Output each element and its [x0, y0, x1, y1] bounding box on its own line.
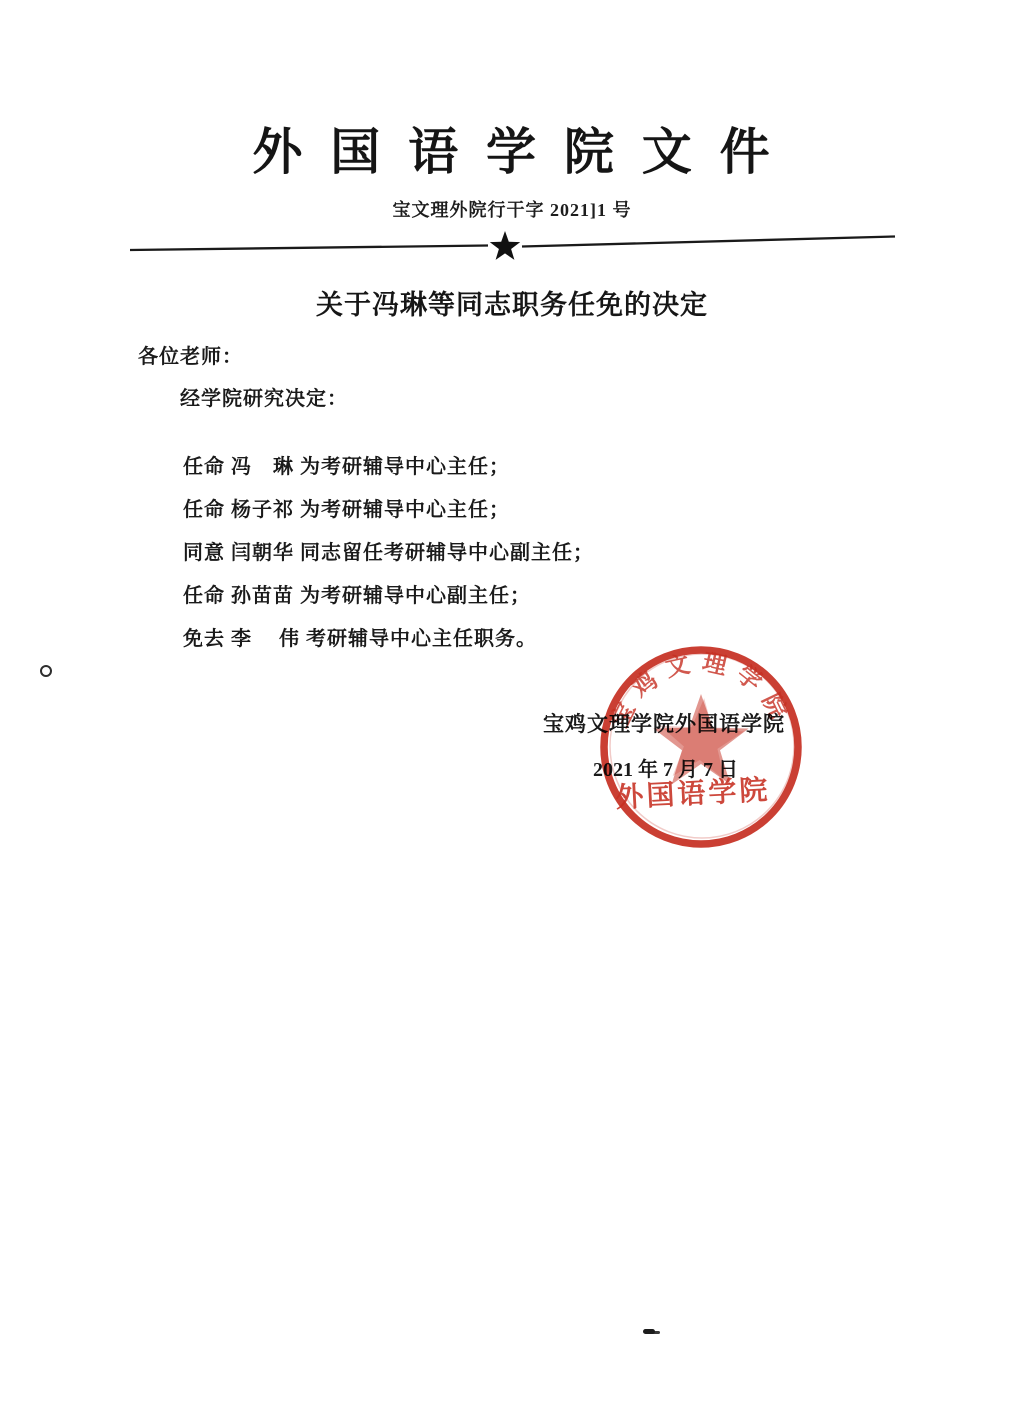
decision-list: 任命 冯 琳 为考研辅导中心主任； 任命 杨子祁 为考研辅导中心主任； 同意 闫…	[183, 452, 833, 667]
official-seal-stamp: 宝鸡文理学院 外国语学院	[597, 643, 805, 851]
decision-item: 任命 杨子祁 为考研辅导中心主任；	[183, 495, 833, 538]
document-number: 宝文理外院行干字 2021]1 号	[0, 196, 1024, 222]
seal-ring	[604, 650, 798, 844]
star-divider-rule	[125, 226, 900, 272]
subject-title: 关于冯琳等同志职务任免的决定	[0, 283, 1024, 322]
document-page: 外 国 语 学 院 文 件 宝文理外院行干字 2021]1 号 关于冯琳等同志职…	[0, 0, 1024, 1412]
seal-ring-texture	[610, 654, 794, 838]
document-header-title: 外 国 语 学 院 文 件	[0, 112, 1024, 184]
intro-line: 经学院研究决定：	[180, 382, 348, 411]
divider-line-left	[130, 246, 488, 251]
divider-line-right	[522, 237, 895, 247]
decision-item: 任命 孙苗苗 为考研辅导中心副主任；	[183, 581, 833, 624]
signature-organization: 宝鸡文理学院外国语学院	[543, 708, 785, 738]
salutation: 各位老师：	[138, 340, 243, 369]
decision-item: 同意 闫朝华 同志留任考研辅导中心副主任；	[183, 538, 833, 581]
signature-date: 2021 年 7 月 7 日	[548, 753, 783, 782]
scan-artifact-smudge	[643, 1329, 655, 1334]
star-icon	[490, 231, 520, 260]
decision-item: 任命 冯 琳 为考研辅导中心主任；	[183, 452, 833, 495]
scan-artifact-ring	[40, 665, 52, 677]
decision-item: 免去 李 伟 考研辅导中心主任职务。	[183, 624, 833, 667]
